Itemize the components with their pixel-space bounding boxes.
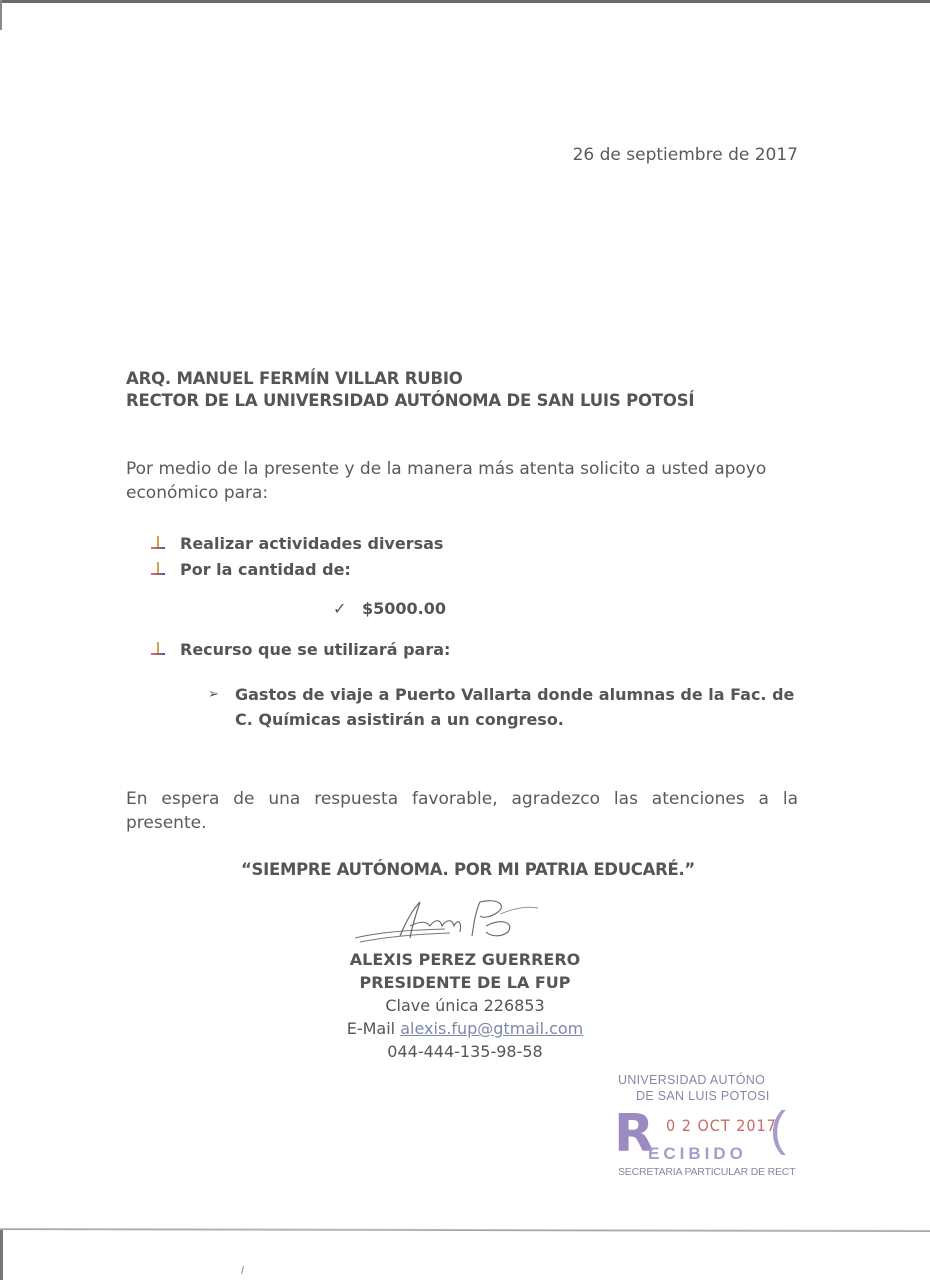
list-item: Por la cantidad de: (150, 560, 351, 579)
purpose-text: Gastos de viaje a Puerto Vallarta donde … (235, 682, 808, 732)
arrow-down-bullet-icon (150, 536, 166, 552)
addressee-title: RECTOR DE LA UNIVERSIDAD AUTÓNOMA DE SAN… (126, 390, 694, 412)
arrow-down-bullet-icon (150, 642, 166, 658)
list-item-label: Realizar actividades diversas (180, 534, 443, 553)
list-item-label: Por la cantidad de: (180, 560, 351, 579)
stamp-bracket-icon: ( (770, 1106, 786, 1154)
closing-line-2: presente. (126, 813, 206, 833)
stamp-date: 0 2 OCT 2017 (666, 1116, 777, 1135)
closing-paragraph: En espera de una respuesta favorable, ag… (126, 787, 798, 835)
arrowhead-bullet-icon: ➢ (208, 682, 219, 707)
signer-clave: Clave única 226853 (0, 994, 930, 1017)
stamp-line-2: DE SAN LUIS POTOSI (636, 1089, 770, 1103)
scan-left-edge (0, 0, 2, 30)
list-item: Realizar actividades diversas (150, 534, 443, 553)
list-item: Recurso que se utilizará para: (150, 640, 450, 659)
signer-email-row: E-Mail alexis.fup@gtmail.com (0, 1017, 930, 1040)
received-stamp: UNIVERSIDAD AUTÓNO DE SAN LUIS POTOSI R … (610, 1070, 800, 1180)
handwritten-signature (350, 896, 540, 946)
amount-value: $5000.00 (362, 599, 446, 618)
signature-block: ALEXIS PEREZ GUERRERO PRESIDENTE DE LA F… (0, 948, 930, 1063)
stamp-line-1: UNIVERSIDAD AUTÓNO (618, 1073, 765, 1087)
scan-top-edge (0, 0, 930, 3)
email-label: E-Mail (347, 1019, 395, 1038)
signer-position: PRESIDENTE DE LA FUP (0, 971, 930, 994)
closing-line-1: En espera de una respuesta favorable, ag… (126, 789, 798, 809)
stamp-bottom-line: SECRETARIA PARTICULAR DE RECT (618, 1166, 795, 1178)
signer-phone: 044-444-135-98-58 (0, 1040, 930, 1063)
addressee-name: ARQ. MANUEL FERMÍN VILLAR RUBIO (126, 368, 694, 390)
motto: “SIEMPRE AUTÓNOMA. POR MI PATRIA EDUCARÉ… (0, 860, 930, 879)
list-item-label: Recurso que se utilizará para: (180, 640, 450, 659)
letter-date: 26 de septiembre de 2017 (573, 145, 798, 165)
signer-name: ALEXIS PEREZ GUERRERO (0, 948, 930, 971)
scan-bottom-edge (0, 1228, 930, 1232)
scan-speck (241, 1266, 244, 1274)
intro-line-1: Por medio de la presente y de la manera … (126, 457, 798, 481)
checkmark-icon: ✓ (333, 599, 346, 618)
email-link[interactable]: alexis.fup@gtmail.com (400, 1019, 583, 1038)
scan-corner-edge (0, 1230, 3, 1280)
arrow-down-bullet-icon (150, 562, 166, 578)
intro-paragraph: Por medio de la presente y de la manera … (126, 457, 798, 505)
amount-item: ✓ $5000.00 (333, 599, 446, 618)
intro-line-2: económico para: (126, 481, 798, 505)
stamp-word: ECIBIDO (648, 1144, 747, 1164)
purpose-item: ➢ Gastos de viaje a Puerto Vallarta dond… (208, 682, 808, 732)
addressee-block: ARQ. MANUEL FERMÍN VILLAR RUBIO RECTOR D… (126, 368, 694, 412)
